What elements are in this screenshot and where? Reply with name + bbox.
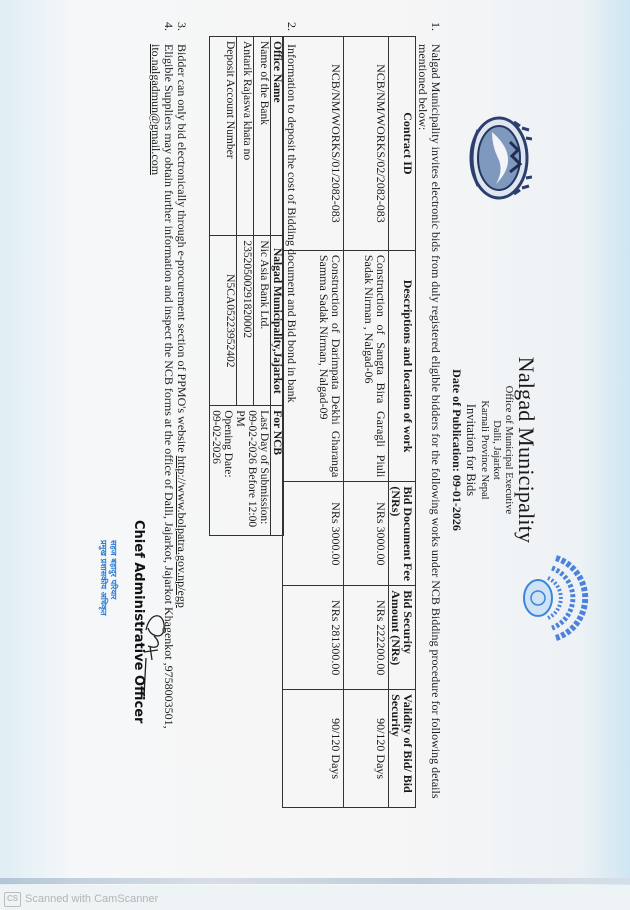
- section-3-number: 3.: [175, 22, 188, 31]
- bid-document-fee: NRs 3000.00: [344, 482, 389, 586]
- ncb-line: 09-02-2026 Before 12:00 PM: [234, 410, 258, 531]
- province: Karnali Province Nepal: [478, 300, 490, 600]
- ncb-header: For NCB: [271, 406, 284, 536]
- egp-link[interactable]: http://www.bolpatra.gov.np/egp: [175, 456, 189, 608]
- rotated-document: Nalgad Municipality Office of Municipal …: [0, 0, 630, 880]
- section-3-text: Bidder can only bid electronically throu…: [175, 44, 188, 834]
- camscanner-footer: CS Scanned with CamScanner: [4, 890, 158, 908]
- signatory-title: Chief Administrative Officer: [131, 520, 146, 780]
- stamp-line-designation: प्रमुख प्रशासकीय अधिकृत: [98, 540, 108, 680]
- table-row: NCB/NM/WORKS/02/2082-083 Construction of…: [344, 37, 389, 808]
- office-name: Office of Municipal Executive: [502, 300, 514, 600]
- table-row: Name of the Bank Nic Asia Bank Ltd. Last…: [254, 37, 271, 536]
- bank-value: 23520500291820002: [237, 236, 254, 406]
- notice-type: Invitation for Bids: [464, 300, 478, 600]
- col-contract-id: Contract ID: [389, 37, 416, 251]
- municipality-emblem-icon: [466, 112, 532, 204]
- section-3-body: Bidder can only bid electronically throu…: [175, 44, 189, 456]
- bid-security-amount: NRs 222200.00: [344, 586, 389, 690]
- col-validity: Validity of Bid/ Bid Security: [389, 690, 416, 808]
- section-2-number: 2.: [285, 22, 298, 31]
- bank-value: Nalgad Municipality,Jajarkot: [271, 236, 284, 406]
- section-1-text: Nalgad Municipality invites electronic b…: [416, 44, 442, 844]
- publication-date: Date of Publication: 09-01-2026: [449, 300, 464, 600]
- sections-3-4: 3. Bidder can only bid electronically th…: [149, 22, 188, 842]
- bank-label: Office Name: [271, 37, 284, 236]
- bank-value: Nic Asia Bank Ltd.: [254, 236, 271, 406]
- col-bid-security-amount: Bid Security Amount (NRs): [389, 586, 416, 690]
- bank-deposit-table: Office Name Nalgad Municipality,Jajarkot…: [209, 36, 284, 536]
- contracts-table-header: Contract ID Descriptions and location of…: [389, 37, 416, 808]
- stamp-line-name: सहज बहादुर परियार: [108, 540, 118, 680]
- bank-label: Deposit Account Number: [210, 37, 237, 236]
- ncb-line: Opening Date:: [222, 410, 234, 531]
- camscanner-text: Scanned with CamScanner: [25, 893, 158, 905]
- bank-label: Antarik Rajaswa khata no: [237, 37, 254, 236]
- section-4-text: Eligible Suppliers may obtain further in…: [149, 44, 175, 834]
- contracts-table: Contract ID Descriptions and location of…: [282, 36, 416, 808]
- contact-email-link[interactable]: ito.nalgadmun@gmail.com: [149, 44, 163, 175]
- ncb-dates: Last Day of Submission: 09-02-2026 Befor…: [210, 406, 271, 536]
- ncb-line: Last Day of Submission:: [258, 410, 270, 531]
- table-row: Office Name Nalgad Municipality,Jajarkot…: [271, 37, 284, 536]
- col-bid-document-fee: Bid Document Fee (NRs): [389, 482, 416, 586]
- office-seal-stamp-icon: [520, 548, 616, 648]
- signatory-name-stamp: सहज बहादुर परियार प्रमुख प्रशासकीय अधिकृ…: [98, 540, 118, 680]
- section-1-number: 1.: [429, 22, 442, 31]
- bid-validity: 90/120 Days: [283, 690, 344, 808]
- col-description: Descriptions and location of work: [389, 250, 416, 482]
- section-2-text: Information to deposit the cost of Biddi…: [285, 44, 298, 624]
- contract-id: NCB/NM/WORKS/02/2082-083: [344, 37, 389, 251]
- bank-label: Name of the Bank: [254, 37, 271, 236]
- section-4-number: 4.: [162, 22, 175, 31]
- bank-value: N5CA05223952402: [210, 236, 237, 406]
- work-description: Construction of Sangta Bira Garagli Piul…: [344, 250, 389, 482]
- ncb-line: 09-02-2026: [210, 410, 222, 531]
- office-address: Dalli, Jajarkot: [490, 300, 502, 600]
- bid-validity: 90/120 Days: [344, 690, 389, 808]
- camscanner-logo-icon: CS: [4, 892, 21, 907]
